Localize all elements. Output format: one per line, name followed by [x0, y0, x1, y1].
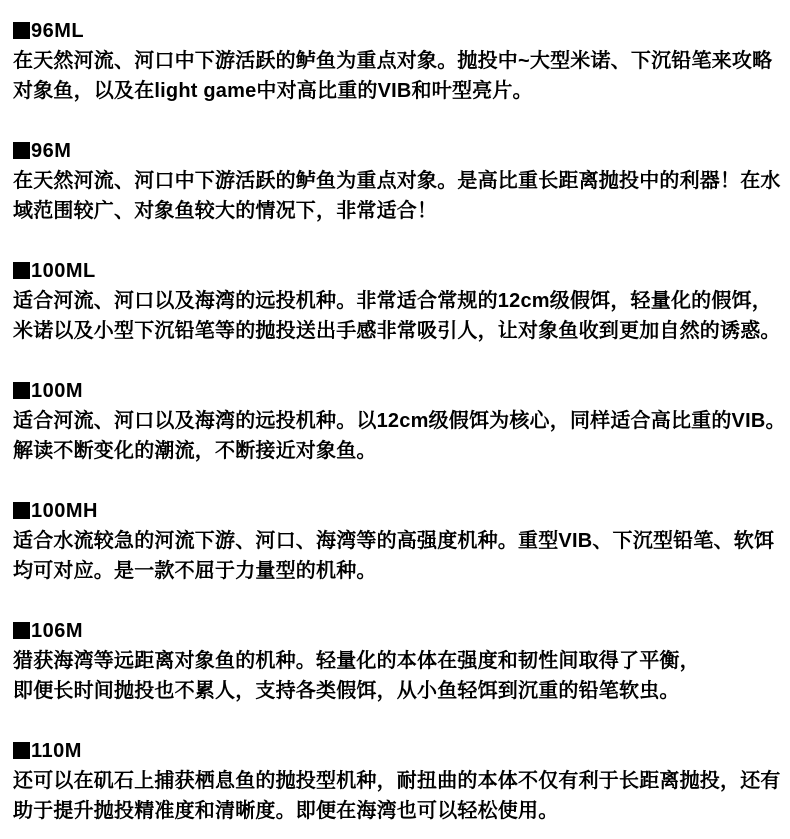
black-square-bullet-icon — [13, 262, 30, 279]
model-description: 适合水流较急的河流下游、河口、海湾等的高强度机种。重型VIB、下沉型铅笔、软饵 … — [13, 526, 782, 586]
model-heading: 100ML — [13, 256, 782, 286]
model-section-110m: 110M 还可以在矶石上捕获栖息鱼的抛投型机种，耐扭曲的本体不仅有利于长距离抛投… — [13, 736, 782, 826]
black-square-bullet-icon — [13, 742, 30, 759]
black-square-bullet-icon — [13, 22, 30, 39]
description-line: 米诺以及小型下沉铅笔等的抛投送出手感非常吸引人，让对象鱼收到更加自然的诱惑。 — [13, 316, 782, 346]
rod-models-document: 96ML 在天然河流、河口中下游活跃的鲈鱼为重点对象。抛投中~大型米诺、下沉铅笔… — [0, 0, 790, 826]
description-line: 还可以在矶石上捕获栖息鱼的抛投型机种，耐扭曲的本体不仅有利于长距离抛投，还有 — [13, 766, 782, 796]
description-line: 解读不断变化的潮流，不断接近对象鱼。 — [13, 436, 782, 466]
description-line: 对象鱼，以及在light game中对高比重的VIB和叶型亮片。 — [13, 76, 782, 106]
description-line: 均可对应。是一款不屈于力量型的机种。 — [13, 556, 782, 586]
model-section-100ml: 100ML 适合河流、河口以及海湾的远投机种。非常适合常规的12cm级假饵，轻量… — [13, 256, 782, 346]
model-name: 100MH — [31, 500, 98, 522]
description-line: 域范围较广、对象鱼较大的情况下，非常适合！ — [13, 196, 782, 226]
model-description: 猎获海湾等远距离对象鱼的机种。轻量化的本体在强度和韧性间取得了平衡， 即便长时间… — [13, 646, 782, 706]
description-line: 猎获海湾等远距离对象鱼的机种。轻量化的本体在强度和韧性间取得了平衡， — [13, 646, 782, 676]
description-line: 即便长时间抛投也不累人，支持各类假饵，从小鱼轻饵到沉重的铅笔软虫。 — [13, 676, 782, 706]
model-heading: 106M — [13, 616, 782, 646]
model-section-100mh: 100MH 适合水流较急的河流下游、河口、海湾等的高强度机种。重型VIB、下沉型… — [13, 496, 782, 586]
black-square-bullet-icon — [13, 142, 30, 159]
model-heading: 110M — [13, 736, 782, 766]
description-line: 适合水流较急的河流下游、河口、海湾等的高强度机种。重型VIB、下沉型铅笔、软饵 — [13, 526, 782, 556]
description-line: 助于提升抛投精准度和清晰度。即便在海湾也可以轻松使用。 — [13, 796, 782, 826]
model-description: 适合河流、河口以及海湾的远投机种。非常适合常规的12cm级假饵，轻量化的假饵， … — [13, 286, 782, 346]
description-line: 在天然河流、河口中下游活跃的鲈鱼为重点对象。抛投中~大型米诺、下沉铅笔来攻略 — [13, 46, 782, 76]
page: { "document": { "background_color": "#ff… — [0, 0, 790, 839]
model-heading: 100M — [13, 376, 782, 406]
model-heading: 96M — [13, 136, 782, 166]
model-name: 96M — [31, 140, 71, 162]
model-heading: 100MH — [13, 496, 782, 526]
description-line: 在天然河流、河口中下游活跃的鲈鱼为重点对象。是高比重长距离抛投中的利器！在水 — [13, 166, 782, 196]
model-description: 还可以在矶石上捕获栖息鱼的抛投型机种，耐扭曲的本体不仅有利于长距离抛投，还有 助… — [13, 766, 782, 826]
model-section-106m: 106M 猎获海湾等远距离对象鱼的机种。轻量化的本体在强度和韧性间取得了平衡， … — [13, 616, 782, 706]
black-square-bullet-icon — [13, 622, 30, 639]
model-name: 96ML — [31, 20, 84, 42]
model-name: 100ML — [31, 260, 96, 282]
model-description: 适合河流、河口以及海湾的远投机种。以12cm级假饵为核心，同样适合高比重的VIB… — [13, 406, 782, 466]
model-description: 在天然河流、河口中下游活跃的鲈鱼为重点对象。抛投中~大型米诺、下沉铅笔来攻略 对… — [13, 46, 782, 106]
model-name: 100M — [31, 380, 83, 402]
model-description: 在天然河流、河口中下游活跃的鲈鱼为重点对象。是高比重长距离抛投中的利器！在水 域… — [13, 166, 782, 226]
description-line: 适合河流、河口以及海湾的远投机种。非常适合常规的12cm级假饵，轻量化的假饵， — [13, 286, 782, 316]
model-name: 110M — [31, 740, 82, 762]
model-section-96ml: 96ML 在天然河流、河口中下游活跃的鲈鱼为重点对象。抛投中~大型米诺、下沉铅笔… — [13, 16, 782, 106]
black-square-bullet-icon — [13, 382, 30, 399]
model-name: 106M — [31, 620, 83, 642]
description-line: 适合河流、河口以及海湾的远投机种。以12cm级假饵为核心，同样适合高比重的VIB… — [13, 406, 782, 436]
model-section-100m: 100M 适合河流、河口以及海湾的远投机种。以12cm级假饵为核心，同样适合高比… — [13, 376, 782, 466]
model-section-96m: 96M 在天然河流、河口中下游活跃的鲈鱼为重点对象。是高比重长距离抛投中的利器！… — [13, 136, 782, 226]
model-heading: 96ML — [13, 16, 782, 46]
black-square-bullet-icon — [13, 502, 30, 519]
